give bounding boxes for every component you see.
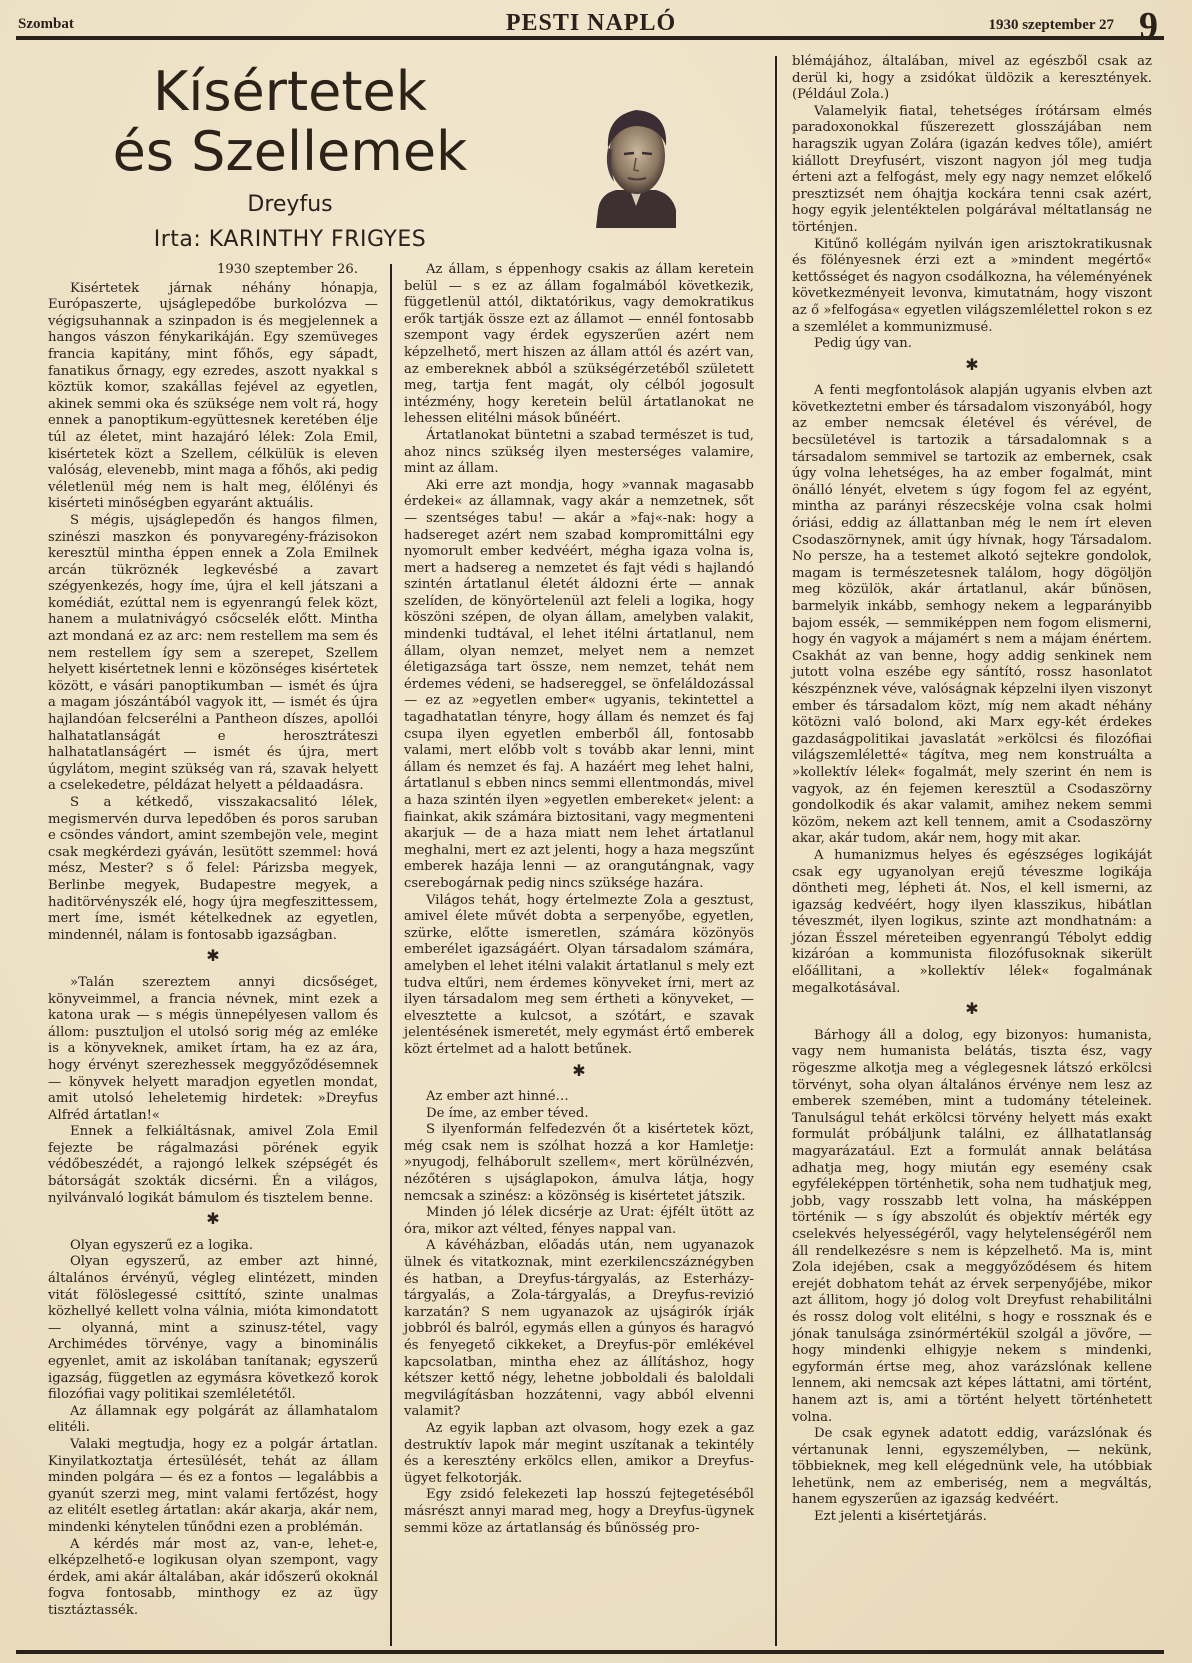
article-title-block: Kísértetek és Szellemek Dreyfus Irta: KA… — [100, 62, 480, 252]
article-title-line2: és Szellemek — [100, 122, 480, 182]
section-separator-star-icon: ✱ — [48, 1211, 378, 1228]
page-number: 9 — [1139, 4, 1158, 48]
paragraph: Ártatlanokat büntetni a szabad természet… — [404, 428, 754, 478]
paragraph: A kérdés már most az, van-e, lehet-e, el… — [48, 1537, 378, 1620]
article-subtitle: Dreyfus — [100, 192, 480, 217]
section-separator-star-icon: ✱ — [404, 1063, 754, 1080]
section-separator-star-icon: ✱ — [48, 948, 378, 965]
column-divider-2 — [775, 56, 777, 1646]
section-separator-star-icon: ✱ — [792, 357, 1152, 374]
article-column-2: Az állam, s éppenhogy csakis az állam ke… — [404, 262, 754, 1537]
article-column-3: blémájához, általában, mivel az egészből… — [792, 54, 1152, 1526]
paragraph: Valaki megtudja, hogy ez a polgár ártatl… — [48, 1437, 378, 1537]
paragraph: Egy zsidó felekezeti lap hosszú fejteget… — [404, 1487, 754, 1537]
paragraph: A humanizmus helyes és egészséges logiká… — [792, 848, 1152, 997]
paragraph: Világos tehát, hogy értelmezte Zola a ge… — [404, 893, 754, 1059]
masthead-rule — [16, 36, 1164, 40]
paragraph: Olyan egyszerű ez a logika. — [48, 1238, 378, 1255]
paragraph: A kávéházban, előadás után, nem ugyanazo… — [404, 1238, 754, 1421]
article-dateline: 1930 szeptember 26. — [48, 262, 378, 279]
paragraph: Valamelyik fiatal, tehetséges írótársam … — [792, 104, 1152, 237]
section-separator-star-icon: ✱ — [792, 1001, 1152, 1018]
paragraph: Az egyik lapban azt olvasom, hogy ezek a… — [404, 1421, 754, 1487]
article-byline: Irta: KARINTHY FRIGYES — [100, 227, 480, 252]
paragraph: S a kétkedő, visszakacsalitó lélek, megi… — [48, 795, 378, 944]
paragraph: »Talán szereztem annyi dicsőséget, könyv… — [48, 975, 378, 1124]
paragraph: Kisértetek járnak néhány hónapja, Európa… — [48, 281, 378, 513]
paragraph: blémájához, általában, mivel az egészből… — [792, 54, 1152, 104]
paragraph: Az állam, s éppenhogy csakis az állam ke… — [404, 262, 754, 428]
paragraph: S ilyenformán felfedezvén őt a kisértete… — [404, 1122, 754, 1205]
paragraph: Bárhogy áll a dolog, egy bizonyos: human… — [792, 1028, 1152, 1426]
column-divider-1 — [390, 264, 392, 1646]
paragraph: De íme, az ember téved. — [404, 1106, 754, 1123]
issue-date: 1930 szeptember 27 — [988, 17, 1114, 34]
paragraph: Aki erre azt mondja, hogy »vannak magasa… — [404, 478, 754, 893]
paragraph: Az ember azt hinné… — [404, 1089, 754, 1106]
article-title-line1: Kísértetek — [100, 62, 480, 122]
paragraph: Kitűnő kollégám nyilván igen arisztokrat… — [792, 237, 1152, 337]
paragraph: A fenti megfontolások alapján ugyanis el… — [792, 383, 1152, 848]
paragraph: Az államnak egy polgárát az államhatalom… — [48, 1404, 378, 1437]
paragraph: Pedig úgy van. — [792, 336, 1152, 353]
paragraph: De csak egynek adatott eddig, varázslóna… — [792, 1426, 1152, 1509]
paragraph: S mégis, ujságlepedőn és hangos filmen, … — [48, 513, 378, 795]
newspaper-page: Szombat PESTI NAPLÓ 1930 szeptember 27 9… — [0, 0, 1192, 1663]
author-portrait-image — [590, 98, 682, 228]
page-bottom-rule — [16, 1650, 1164, 1654]
paragraph: Ennek a felkiáltásnak, amivel Zola Emil … — [48, 1124, 378, 1207]
paragraph: Ezt jelenti a kisértetjárás. — [792, 1509, 1152, 1526]
paragraph: Olyan egyszerű, az ember azt hinné, álta… — [48, 1254, 378, 1403]
article-column-1: 1930 szeptember 26. Kisértetek járnak né… — [48, 262, 378, 1620]
paragraph: Minden jó lélek dicsérje az Urat: éjfélt… — [404, 1205, 754, 1238]
